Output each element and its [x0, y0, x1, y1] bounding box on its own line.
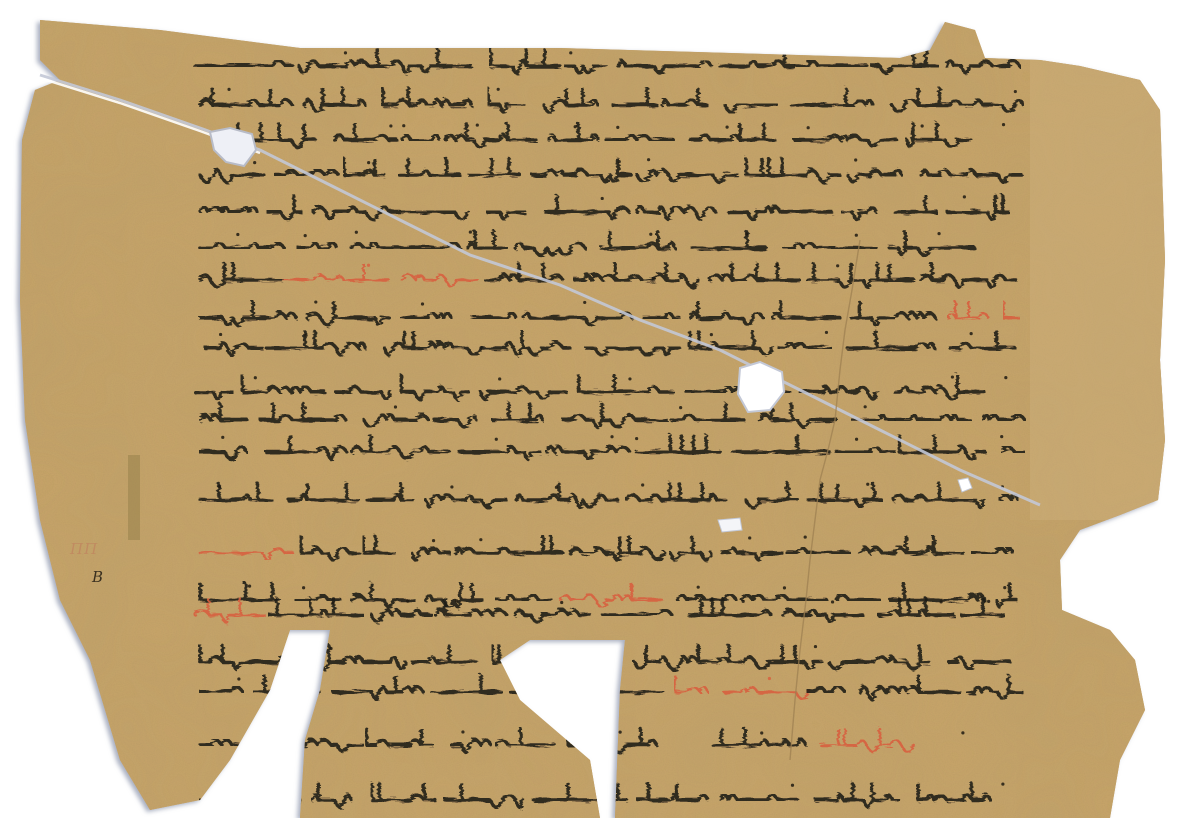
script-word	[511, 676, 578, 692]
folio-letter-mark: B	[92, 568, 103, 586]
script-word	[200, 800, 250, 807]
script-word	[260, 795, 301, 807]
stain-mark	[128, 455, 140, 540]
script-word	[543, 657, 615, 669]
faded-red-margin-mark: ΠΠ	[70, 540, 98, 558]
parchment-fragment	[0, 0, 1181, 818]
hole	[718, 518, 742, 532]
manuscript-image: ΠΠ B Fragment of a Syriac manuscript lea…	[0, 0, 1181, 818]
